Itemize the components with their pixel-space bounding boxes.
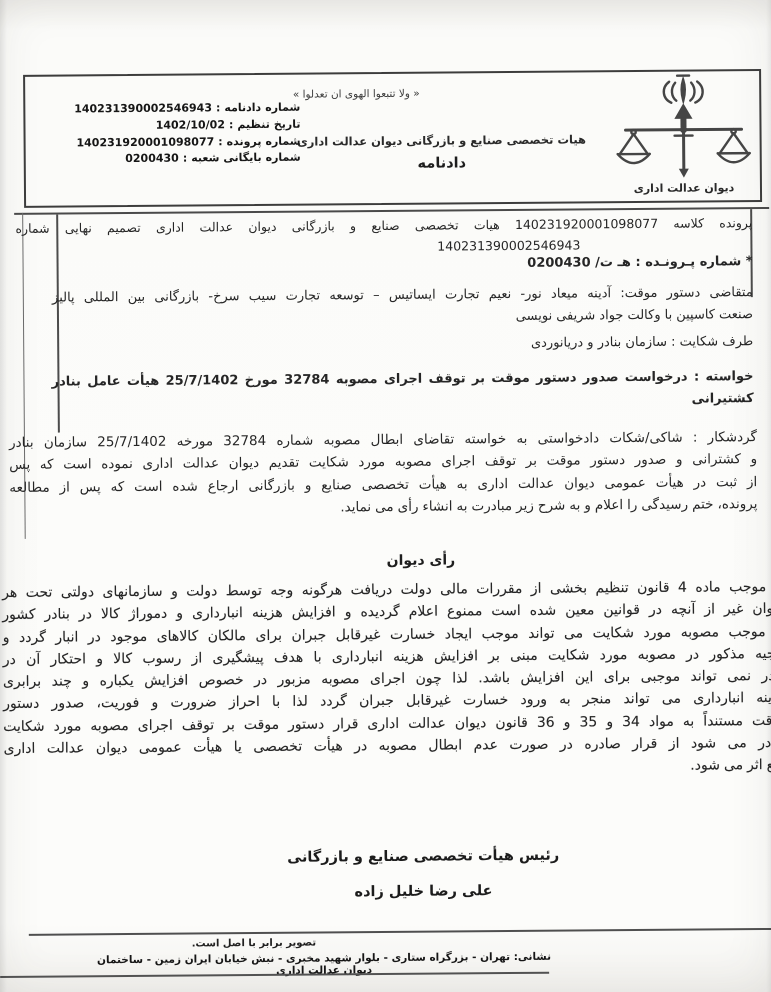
file-number-line: * شماره پـرونـده : هـ ت/ 0200430 [253, 254, 753, 273]
footer-top-rule [29, 928, 771, 935]
text-line: تاریختنظیم:1402/10/02 [52, 116, 300, 135]
text-line: * شماره پـرونـده : هـ ت/ 0200430 [253, 254, 753, 273]
verdict-body: بهموجبماده4قانونتنظیمبخشیازمقرراتمالیدول… [2, 576, 771, 783]
respondent-line: طرف شکایت : سازمان بنادر و دریانوردی [153, 334, 753, 354]
justice-scales-emblem-icon [609, 73, 758, 182]
certified-copy-note: تصویر برابر با اصل است. [154, 937, 354, 950]
applicant-paragraph: متقاضیدستورموقت:آدینهمیعادنور-نعیمتجارتا… [52, 282, 753, 332]
procedure-paragraph: گردشکار:شاکی/شکاتدادخواستیبهخواستهتقاضای… [9, 426, 758, 521]
file-number-text: * شماره پـرونـده : هـ ت/ 0200430 [527, 254, 752, 271]
verdict-heading: رأی دیوان [311, 552, 531, 570]
page-content: « ولا تتبعوا الهوی ان تعدلوا » هیات تخصص… [0, 0, 771, 992]
signature-name: علی رضا خلیل زاده [243, 882, 603, 901]
header-reference-fields: شمارهدادنامه:140231390002546943تاریختنظی… [52, 100, 301, 169]
signature-title: رئیس هیأت تخصصی صنایع و بازرگانی [243, 847, 603, 866]
text-line: شمارهپرونده:140231920001098077 [53, 133, 301, 152]
committee-name: هیات تخصصی صنایع و بازرگانی دیوان عدالت … [266, 132, 618, 149]
text-line: شمارهدادنامه:140231390002546943 [52, 100, 300, 119]
emblem-caption: دیوان عدالت اداری [610, 181, 758, 195]
document-title: دادنامه [266, 154, 618, 173]
case-class-paragraph: پروندهکلاسه140231920001098077هیاتتخصصیصن… [15, 212, 752, 260]
scanned-court-ruling-page: « ولا تتبعوا الهوی ان تعدلوا » هیات تخصص… [0, 0, 771, 992]
text-line: شمارهبایگانیشعبه:0200430 [53, 150, 301, 169]
request-paragraph: خواسته:درخواستصدوردستورموقتبرتوقفاجرایمص… [51, 366, 753, 416]
